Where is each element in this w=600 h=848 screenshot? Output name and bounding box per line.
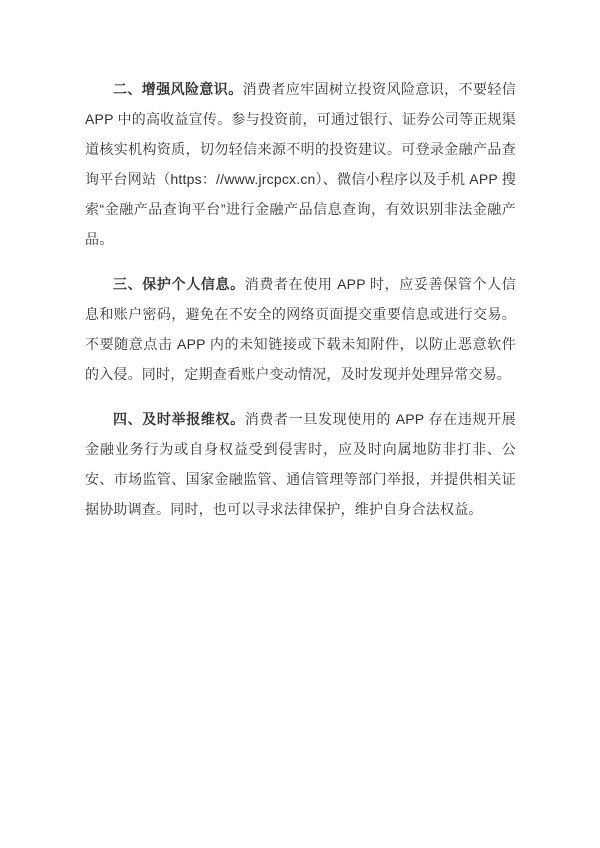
paragraph-body: 消费者应牢固树立投资风险意识，不要轻信 APP 中的高收益宣传。参与投资前，可通… [85,81,516,247]
paragraph-heading: 四、及时举报维权。 [113,411,245,427]
paragraph-risk-awareness: 二、增强风险意识。消费者应牢固树立投资风险意识，不要轻信 APP 中的高收益宣传… [85,74,516,254]
document-page: 二、增强风险意识。消费者应牢固树立投资风险意识，不要轻信 APP 中的高收益宣传… [0,0,600,848]
document-body: 二、增强风险意识。消费者应牢固树立投资风险意识，不要轻信 APP 中的高收益宣传… [85,74,516,539]
paragraph-personal-info: 三、保护个人信息。消费者在使用 APP 时，应妥善保管个人信息和账户密码，避免在… [85,269,516,389]
paragraph-heading: 三、保护个人信息。 [113,276,245,292]
paragraph-heading: 二、增强风险意识。 [113,81,243,97]
paragraph-report-rights: 四、及时举报维权。消费者一旦发现使用的 APP 存在违规开展金融业务行为或自身权… [85,404,516,524]
